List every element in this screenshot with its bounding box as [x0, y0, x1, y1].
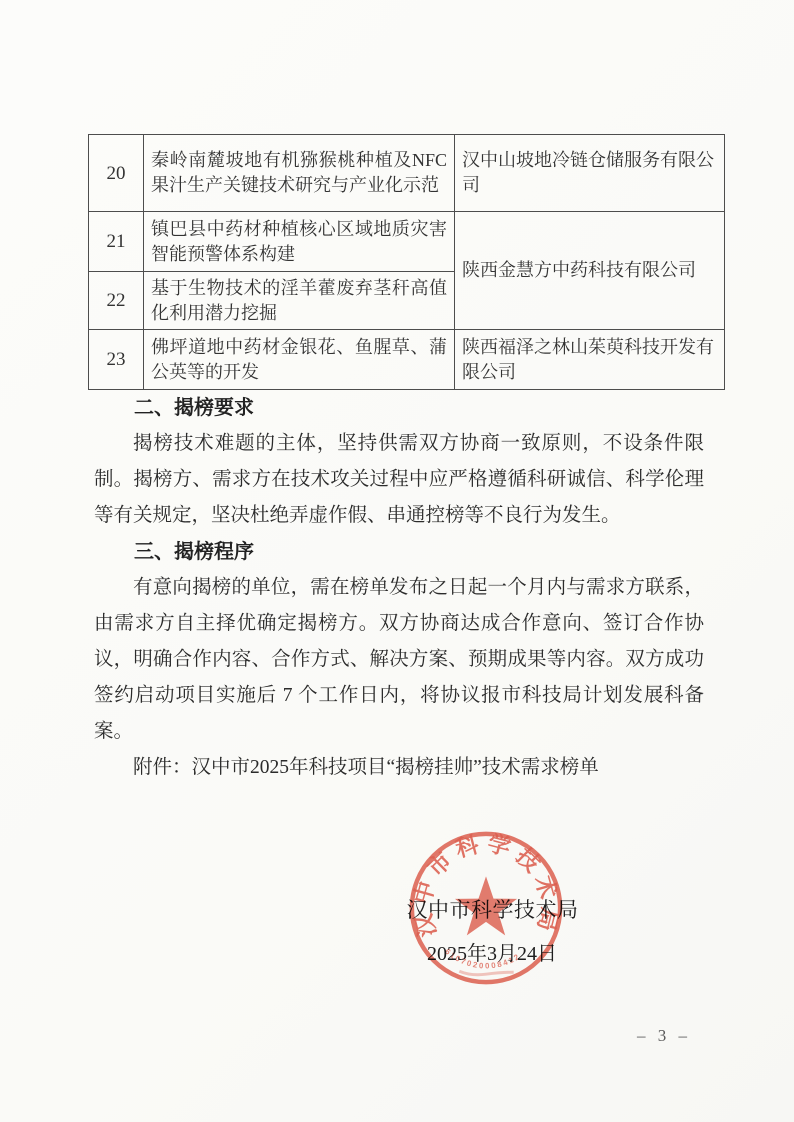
table-row: 23 佛坪道地中药材金银花、鱼腥草、蒲公英等的开发 陕西福泽之林山茱萸科技开发有…: [89, 330, 725, 390]
issue-date: 2025年3月24日: [408, 937, 576, 966]
project-title: 秦岭南麓坡地有机猕猴桃种植及NFC 果汁生产关键技术研究与产业化示范: [144, 135, 455, 212]
table-row: 21 镇巴县中药材种植核心区域地质灾害智能预警体系构建 陕西金慧方中药科技有限公…: [89, 212, 725, 272]
page-number: – 3 –: [618, 1026, 710, 1046]
section-paragraph-procedure: 有意向揭榜的单位，需在榜单发布之日起一个月内与需求方联系，由需求方自主择优确定揭…: [94, 570, 704, 750]
project-title: 佛坪道地中药材金银花、鱼腥草、蒲公英等的开发: [144, 330, 455, 390]
document-body: 二、揭榜要求 揭榜技术难题的主体，坚持供需双方协商一致原则，不设条件限制。揭榜方…: [94, 390, 704, 786]
issuing-org-name: 汉中市科学技术局: [400, 894, 585, 924]
company-name: 陕西金慧方中药科技有限公司: [455, 212, 725, 330]
seal-smudge: [459, 971, 513, 975]
row-number: 21: [89, 212, 144, 272]
scanned-document-page: 20 秦岭南麓坡地有机猕猴桃种植及NFC 果汁生产关键技术研究与产业化示范 汉中…: [0, 0, 794, 1122]
row-number: 22: [89, 272, 144, 330]
attachment-line: 附件：汉中市2025年科技项目“揭榜挂帅”技术需求榜单: [94, 750, 704, 786]
row-number: 23: [89, 330, 144, 390]
row-number: 20: [89, 135, 144, 212]
project-title: 基于生物技术的淫羊藿废弃茎秆高值化利用潜力挖掘: [144, 272, 455, 330]
tech-demand-table: 20 秦岭南麓坡地有机猕猴桃种植及NFC 果汁生产关键技术研究与产业化示范 汉中…: [88, 134, 725, 390]
section-heading-requirements: 二、揭榜要求: [94, 390, 704, 426]
company-name: 汉中山坡地冷链仓储服务有限公司: [455, 135, 725, 212]
section-paragraph-requirements: 揭榜技术难题的主体，坚持供需双方协商一致原则，不设条件限制。揭榜方、需求方在技术…: [94, 426, 704, 534]
section-heading-procedure: 三、揭榜程序: [94, 534, 704, 570]
company-name: 陕西福泽之林山茱萸科技开发有限公司: [455, 330, 725, 390]
project-title: 镇巴县中药材种植核心区域地质灾害智能预警体系构建: [144, 212, 455, 272]
table-row: 20 秦岭南麓坡地有机猕猴桃种植及NFC 果汁生产关键技术研究与产业化示范 汉中…: [89, 135, 725, 212]
